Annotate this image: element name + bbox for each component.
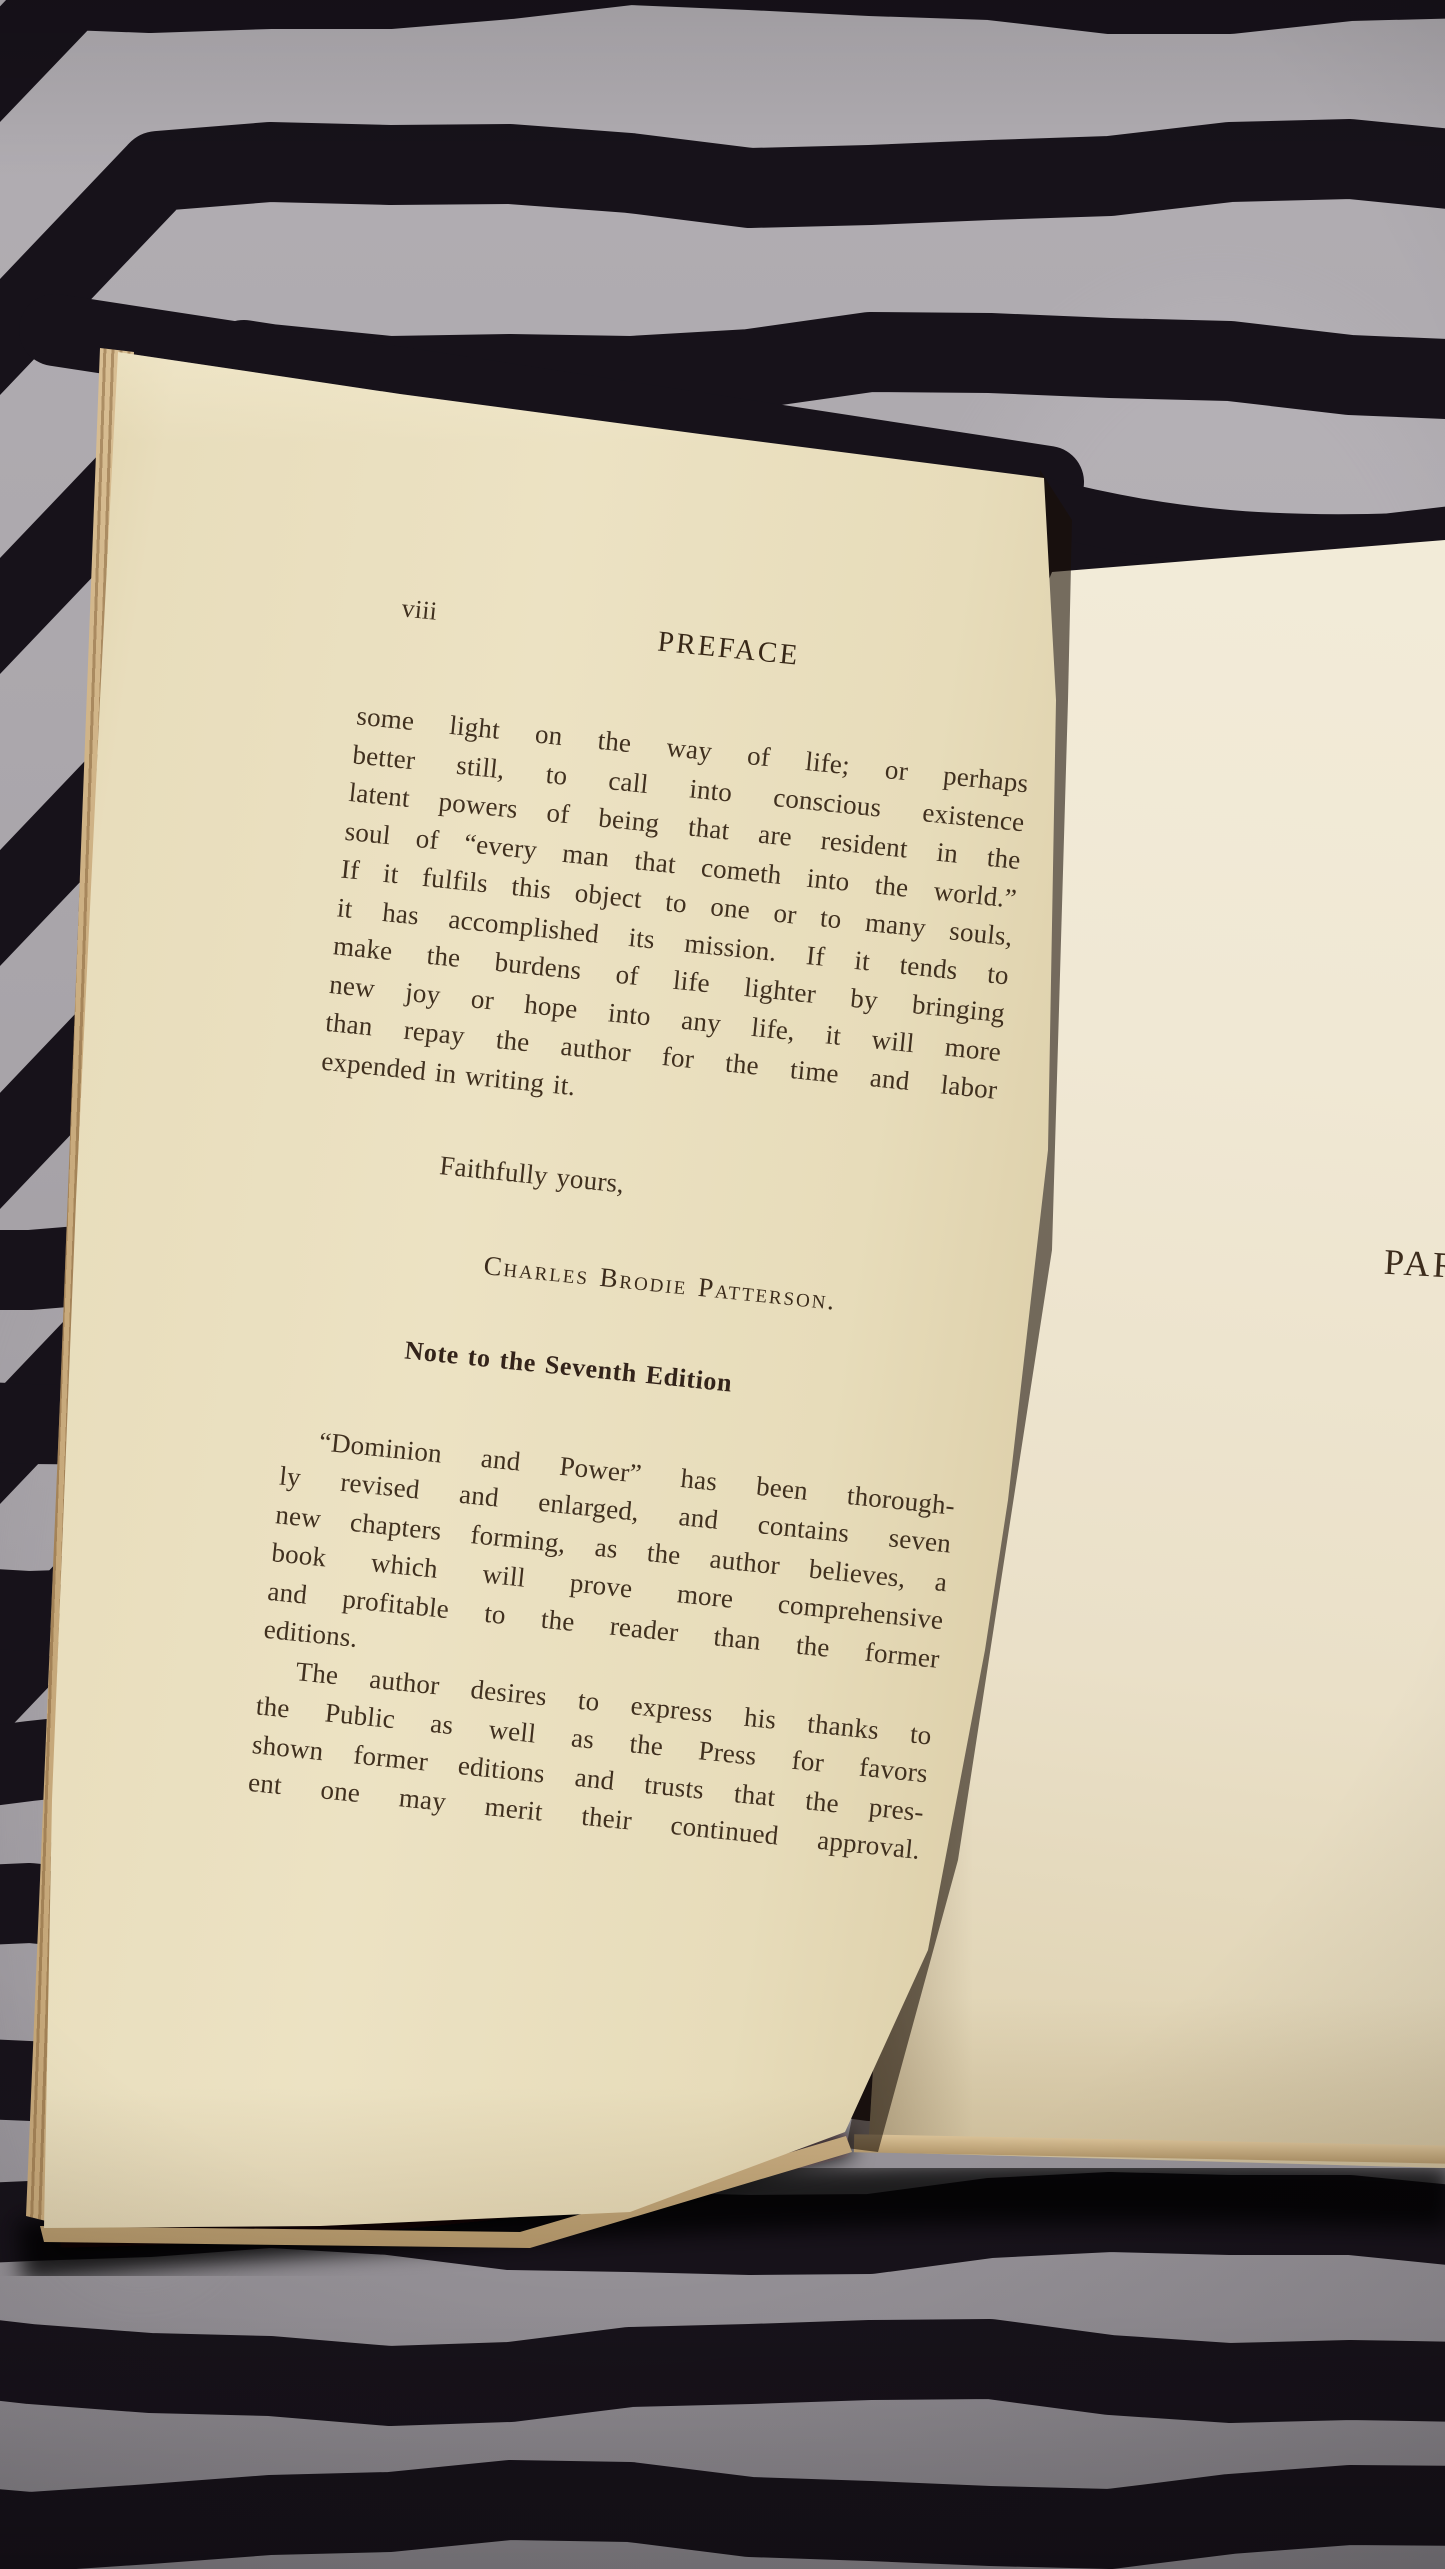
text-line: latent powers of being that are resident… [347,773,1022,880]
text-line: new joy or hope into any life, it will m… [328,965,1003,1072]
right-page-partial-heading: PAR [1383,1241,1445,1290]
section-heading: Note to the Seventh Edition [403,1332,967,1427]
text-line: and profitable to the reader than the fo… [266,1571,941,1678]
text-line: ly revised and enlarged, and contains se… [278,1457,953,1564]
note-paragraph: The author desires to express his thanks… [246,1648,933,1869]
text-line: shown former editions and trusts that th… [250,1725,925,1832]
author-signature: Charles Brodie Patterson. [482,1246,976,1334]
text-line: make the burdens of life lighter by brin… [331,926,1006,1033]
text-line: soul of “every man that cometh into the … [343,811,1018,918]
valediction: Faithfully yours, [438,1146,986,1240]
text-line: than repay the author for the time and l… [324,1003,999,1110]
running-head: PREFACE [656,622,802,675]
text-line: expended in writing it. [320,1041,995,1148]
page-header: viii PREFACE [366,585,1042,695]
book-photo: viii PREFACE some light on the way of li… [0,0,1445,2569]
fabric-stripe [0,2500,1445,2532]
opening-paragraph: some light on the way of life; or perhap… [320,696,1030,1147]
left-page: viii PREFACE some light on the way of li… [20,330,1080,2240]
text-line: book which will prove more comprehensive [270,1533,945,1640]
note-paragraph: “Dominion and Power” has been thorough-l… [262,1418,957,1716]
text-line: If it fulfils this object to one or to m… [339,850,1014,957]
text-line: “Dominion and Power” has been thorough- [281,1418,956,1525]
text-line: ent one may merit their continued approv… [246,1763,921,1870]
text-line: it has accomplished its mission. If it t… [335,888,1010,995]
text-line: editions. [262,1610,937,1717]
left-page-text: viii PREFACE some light on the way of li… [246,585,1041,1869]
text-line: some light on the way of life; or perhap… [355,696,1030,803]
fabric-stripe [0,2356,1445,2386]
text-line: better still, to call into conscious exi… [351,735,1026,842]
text-line: new chapters forming, as the author beli… [274,1495,949,1602]
text-line: The author desires to express his thanks… [258,1648,933,1755]
text-line: the Public as well as the Press for favo… [254,1686,929,1793]
page-number: viii [400,589,439,631]
